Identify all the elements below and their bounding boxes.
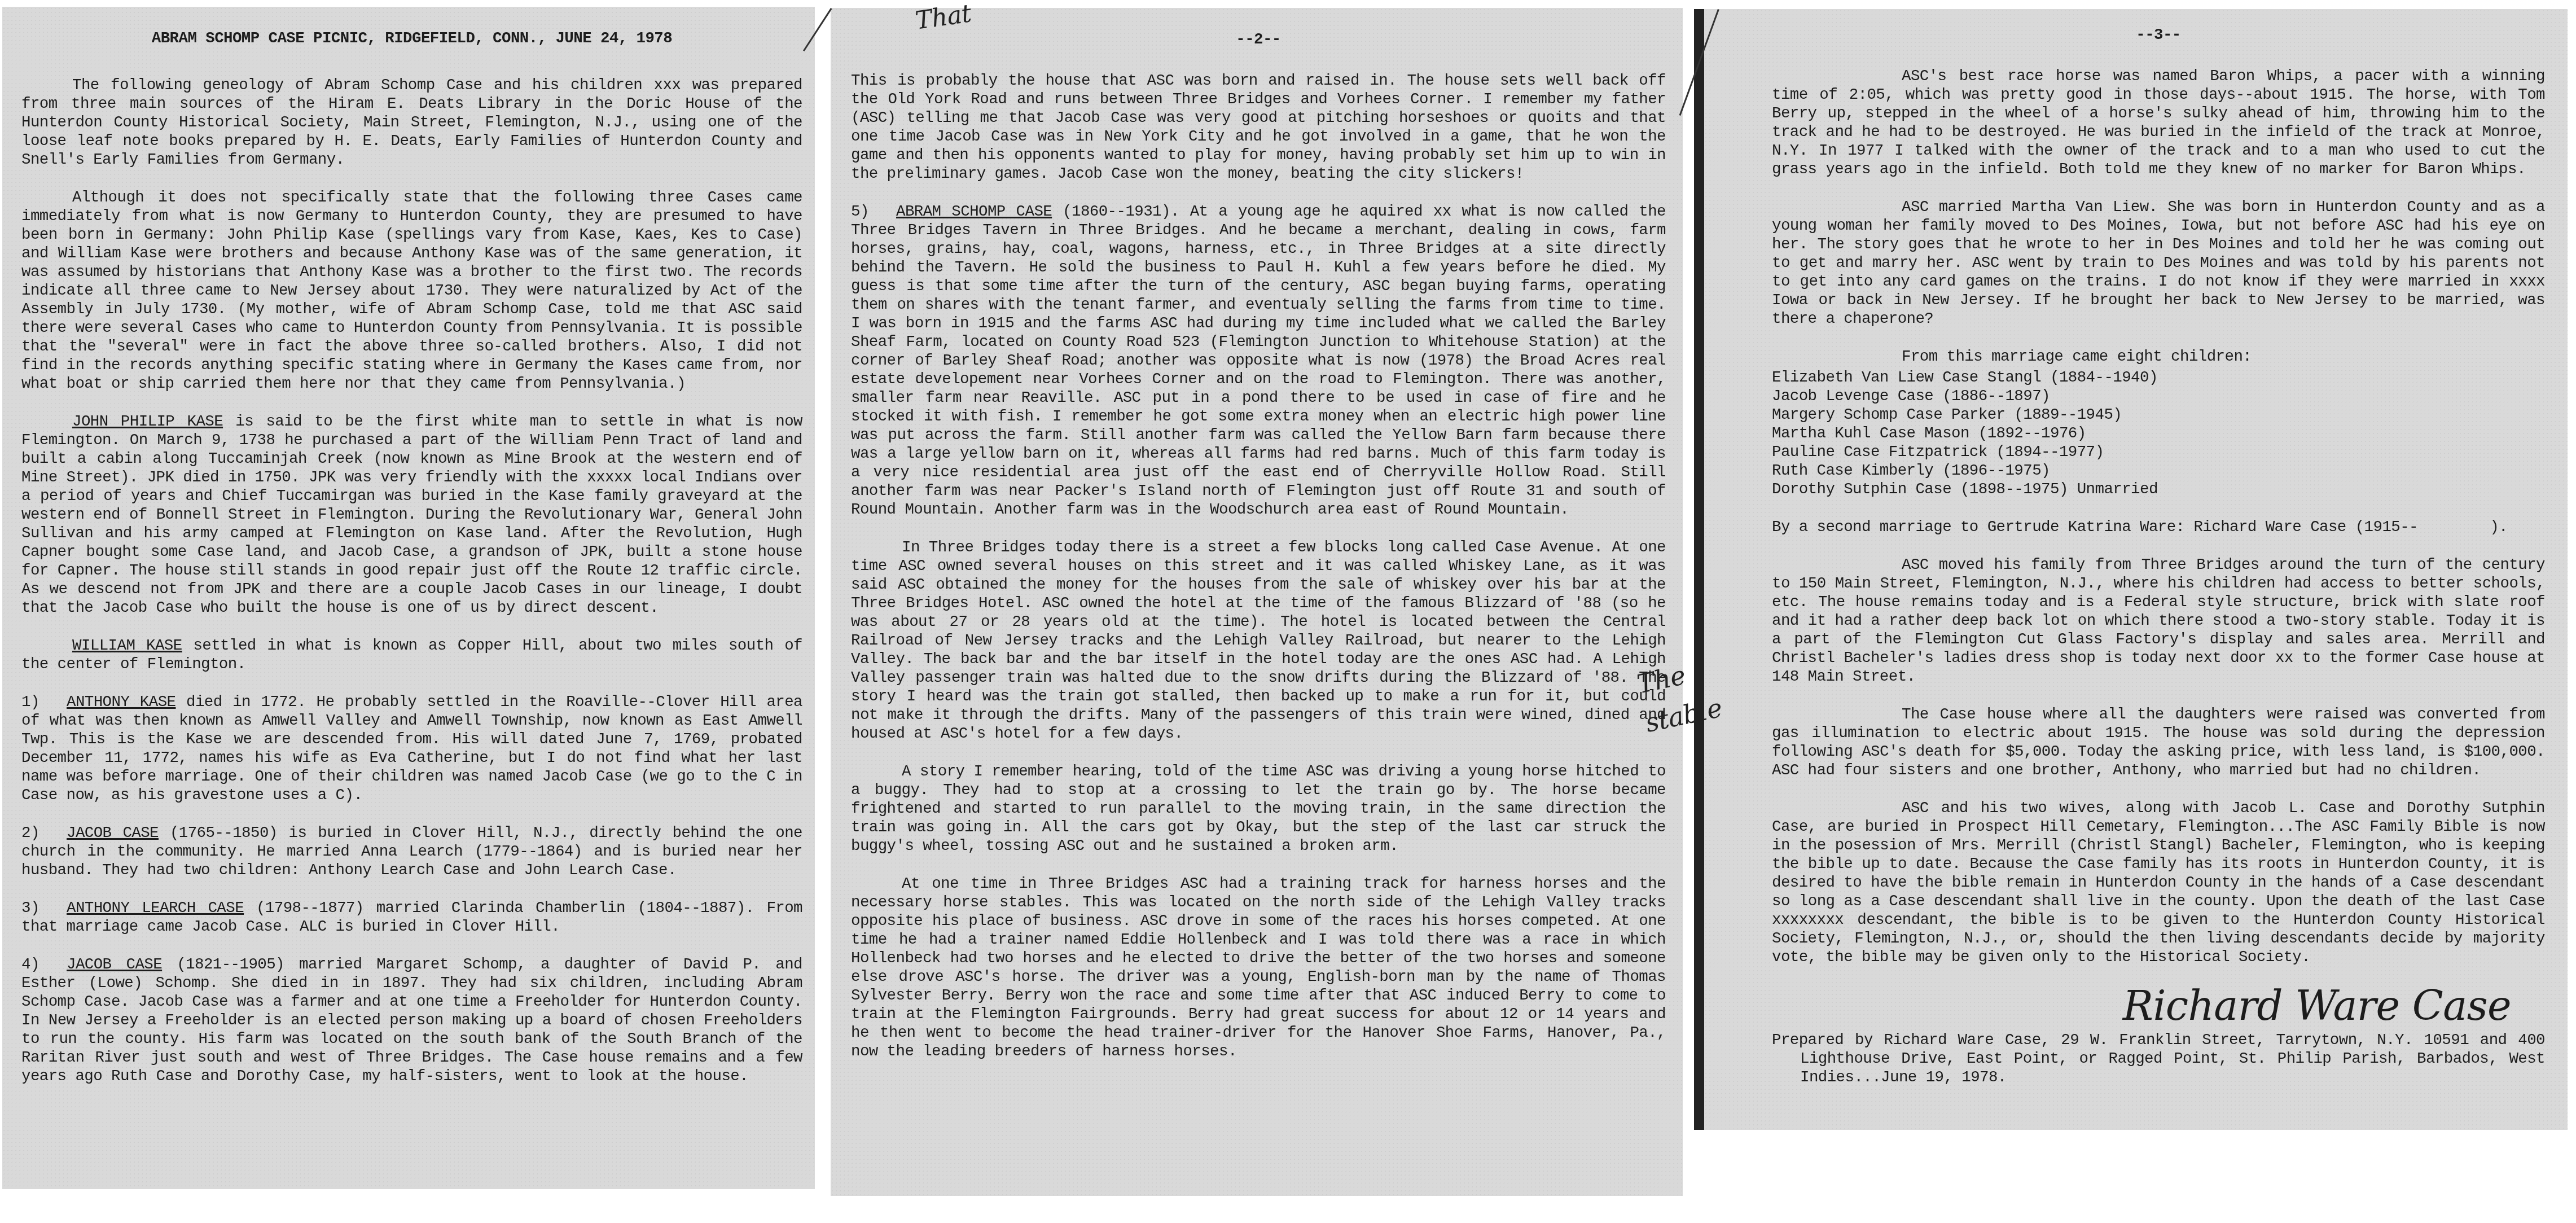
entry-name: JOHN PHILIP KASE	[72, 413, 223, 431]
entry-name: WILLIAM KASE	[72, 637, 182, 655]
entry-john-philip-kase: JOHN PHILIP KASE is said to be the first…	[21, 413, 802, 617]
main-street-paragraph: ASC moved his family from Three Bridges …	[1772, 556, 2545, 686]
entry-william-kase: WILLIAM KASE settled in what is known as…	[21, 637, 802, 674]
document-page-3: --3-- ASC's best race horse was named Ba…	[1694, 9, 2568, 1130]
children-heading: From this marriage came eight children:	[1772, 348, 2545, 366]
document-page-1: ABRAM SCHOMP CASE PICNIC, RIDGEFIELD, CO…	[2, 7, 815, 1189]
child-item: Martha Kuhl Case Mason (1892--1976)	[1772, 424, 2545, 443]
case-house-paragraph: The Case house where all the daughters w…	[1772, 705, 2545, 780]
intro-paragraph: The following geneology of Abram Schomp …	[21, 76, 802, 169]
entry-number: 4)	[21, 955, 67, 974]
entry-number: 5)	[851, 203, 896, 221]
training-track-paragraph: At one time in Three Bridges ASC had a t…	[851, 875, 1666, 1061]
entry-name: ABRAM SCHOMP CASE	[896, 203, 1052, 221]
handwritten-note: That	[914, 4, 972, 30]
child-item: Dorothy Sutphin Case (1898--1975) Unmarr…	[1772, 480, 2545, 499]
signature: Richard Ware Case	[1772, 980, 2511, 1031]
page-number: --3--	[1772, 26, 2545, 45]
child-item: Pauline Case Fitzpatrick (1894--1977)	[1772, 443, 2545, 462]
entry-jacob-case-1821: 4)JACOB CASE (1821--1905) married Margar…	[21, 955, 802, 1086]
house-paragraph: This is probably the house that ASC was …	[851, 72, 1666, 183]
three-bridges-paragraph: In Three Bridges today there is a street…	[851, 538, 1666, 743]
entry-number: 2)	[21, 824, 67, 843]
buggy-story-paragraph: A story I remember hearing, told of the …	[851, 762, 1666, 856]
entry-text: is said to be the first white man to set…	[21, 413, 802, 617]
child-item: Margery Schomp Case Parker (1889--1945)	[1772, 406, 2545, 424]
entry-text: (1821--1905) married Margaret Schomp, a …	[21, 956, 802, 1085]
document-title: ABRAM SCHOMP CASE PICNIC, RIDGEFIELD, CO…	[21, 29, 802, 48]
entry-anthony-kase: 1)ANTHONY KASE died in 1772. He probably…	[21, 693, 802, 805]
entry-number: 3)	[21, 899, 67, 918]
entry-name: JACOB CASE	[67, 956, 162, 974]
family-bible-paragraph: ASC and his two wives, along with Jacob …	[1772, 799, 2545, 967]
children-list: From this marriage came eight children: …	[1772, 348, 2545, 499]
child-item: Elizabeth Van Liew Case Stangl (1884--19…	[1772, 369, 2545, 387]
second-marriage-line: By a second marriage to Gertrude Katrina…	[1772, 518, 2545, 537]
entry-name: JACOB CASE	[67, 825, 159, 842]
child-item: Jacob Levenge Case (1886--1897)	[1772, 387, 2545, 406]
entry-number: 1)	[21, 693, 67, 712]
child-item: Ruth Case Kimberly (1896--1975)	[1772, 462, 2545, 480]
page-fold-mark	[1679, 9, 1719, 116]
baron-whips-paragraph: ASC's best race horse was named Baron Wh…	[1772, 67, 2545, 179]
origins-paragraph: Although it does not specifically state …	[21, 189, 802, 393]
entry-name: ANTHONY KASE	[67, 694, 175, 711]
entry-jacob-case-1765: 2)JACOB CASE (1765--1850) is buried in C…	[21, 824, 802, 880]
entry-anthony-learch-case: 3)ANTHONY LEARCH CASE (1798--1877) marri…	[21, 899, 802, 936]
prepared-by: Prepared by Richard Ware Case, 29 W. Fra…	[1772, 1031, 2545, 1087]
entry-abram-schomp-case: 5)ABRAM SCHOMP CASE (1860--1931). At a y…	[851, 203, 1666, 519]
marriage-paragraph: ASC married Martha Van Liew. She was bor…	[1772, 198, 2545, 328]
page-number: --2--	[851, 30, 1666, 49]
entry-text: (1860--1931). At a young age he aquired …	[851, 203, 1666, 519]
entry-name: ANTHONY LEARCH CASE	[67, 900, 244, 917]
document-page-2: That --2-- This is probably the house th…	[831, 8, 1683, 1196]
